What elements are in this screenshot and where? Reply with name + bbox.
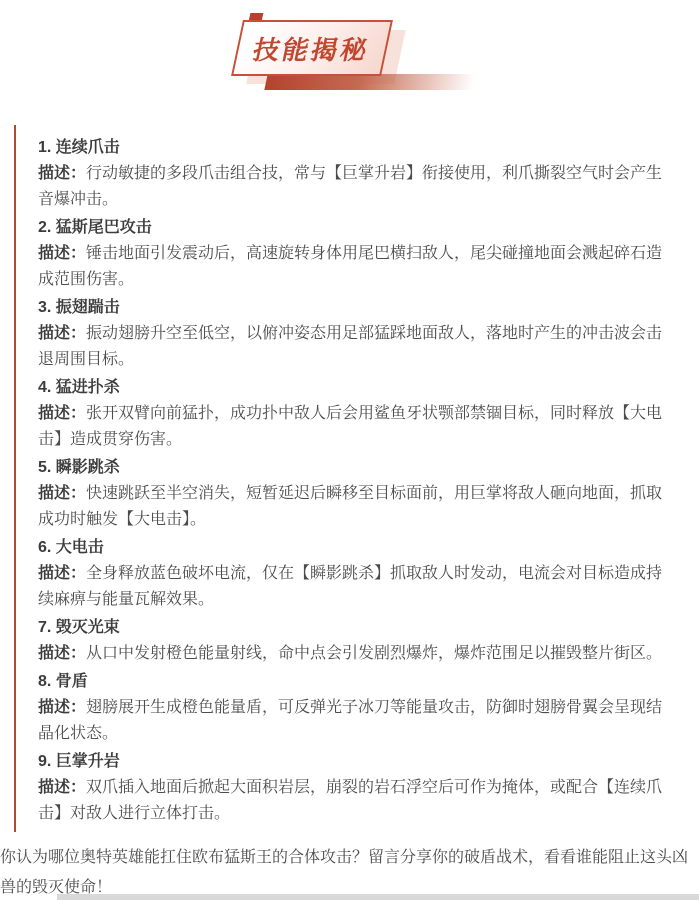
skills-section: 1. 连续爪击描述：行动敏捷的多段爪击组合技，常与【巨掌升岩】衔接使用，利爪撕裂… <box>14 125 685 832</box>
skill-desc-label: 描述： <box>38 699 86 716</box>
skill-item: 6. 大电击描述：全身释放蓝色破坏电流，仅在【瞬影跳杀】抓取敌人时发动，电流会对… <box>38 535 675 613</box>
skill-item: 7. 毁灭光束描述：从口中发射橙色能量射线，命中点会引发剧烈爆炸，爆炸范围足以摧… <box>38 615 675 667</box>
skill-item: 5. 瞬影跳杀描述：快速跳跃至半空消失，短暂延迟后瞬移至目标面前，用巨掌将敌人砸… <box>38 455 675 533</box>
skill-name: 1. 连续爪击 <box>38 135 675 161</box>
skill-desc-label: 描述： <box>38 325 86 342</box>
skill-name: 9. 巨掌升岩 <box>38 749 675 775</box>
skill-description: 描述：振动翅膀升空至低空，以俯冲姿态用足部猛踩地面敌人，落地时产生的冲击波会击退… <box>38 321 675 373</box>
skill-name: 3. 振翅踹击 <box>38 295 675 321</box>
banner-title: 技能揭秘 <box>250 30 374 67</box>
section-banner: 技能揭秘 <box>231 20 393 76</box>
skill-desc-label: 描述： <box>38 485 86 502</box>
skill-description: 描述：从口中发射橙色能量射线，命中点会引发剧烈爆炸，爆炸范围足以摧毁整片街区。 <box>38 641 675 667</box>
skill-name: 5. 瞬影跳杀 <box>38 455 675 481</box>
skill-description: 描述：锤击地面引发震动后，高速旋转身体用尾巴横扫敌人，尾尖碰撞地面会溅起碎石造成… <box>38 241 675 293</box>
skill-name: 7. 毁灭光束 <box>38 615 675 641</box>
skill-item: 1. 连续爪击描述：行动敏捷的多段爪击组合技，常与【巨掌升岩】衔接使用，利爪撕裂… <box>38 135 675 213</box>
skill-desc-text: 全身释放蓝色破坏电流，仅在【瞬影跳杀】抓取敌人时发动，电流会对目标造成持续麻痹与… <box>38 565 662 608</box>
footer-question: 你认为哪位奥特英雄能扛住欧布猛斯王的合体攻击？留言分享你的破盾战术，看看谁能阻止… <box>0 843 692 900</box>
skill-name: 8. 骨盾 <box>38 669 675 695</box>
skill-name: 4. 猛进扑杀 <box>38 375 675 401</box>
skill-description: 描述：翅膀展开生成橙色能量盾，可反弹光子冰刀等能量攻击，防御时翅膀骨翼会呈现结晶… <box>38 695 675 747</box>
skill-name: 2. 猛斯尾巴攻击 <box>38 215 675 241</box>
skill-desc-text: 翅膀展开生成橙色能量盾，可反弹光子冰刀等能量攻击，防御时翅膀骨翼会呈现结晶化状态… <box>38 699 662 742</box>
skill-desc-label: 描述： <box>38 165 86 182</box>
skill-description: 描述：快速跳跃至半空消失，短暂延迟后瞬移至目标面前，用巨掌将敌人砸向地面，抓取成… <box>38 481 675 533</box>
skill-desc-text: 从口中发射橙色能量射线，命中点会引发剧烈爆炸，爆炸范围足以摧毁整片街区。 <box>86 645 662 662</box>
bottom-divider <box>57 894 699 900</box>
skill-desc-text: 锤击地面引发震动后，高速旋转身体用尾巴横扫敌人，尾尖碰撞地面会溅起碎石造成范围伤… <box>38 245 662 288</box>
skill-item: 4. 猛进扑杀描述：张开双臂向前猛扑，成功扑中敌人后会用鲨鱼牙状颚部禁锢目标，同… <box>38 375 675 453</box>
skill-desc-label: 描述： <box>38 779 86 796</box>
skill-desc-text: 张开双臂向前猛扑，成功扑中敌人后会用鲨鱼牙状颚部禁锢目标，同时释放【大电击】造成… <box>38 405 662 448</box>
skill-desc-text: 振动翅膀升空至低空，以俯冲姿态用足部猛踩地面敌人，落地时产生的冲击波会击退周围目… <box>38 325 662 368</box>
banner-area: 技能揭秘 <box>0 0 699 112</box>
skill-desc-label: 描述： <box>38 565 86 582</box>
skill-desc-text: 双爪插入地面后掀起大面积岩层，崩裂的岩石浮空后可作为掩体，或配合【连续爪击】对敌… <box>38 779 662 822</box>
skill-description: 描述：张开双臂向前猛扑，成功扑中敌人后会用鲨鱼牙状颚部禁锢目标，同时释放【大电击… <box>38 401 675 453</box>
skill-desc-label: 描述： <box>38 245 86 262</box>
skill-description: 描述：行动敏捷的多段爪击组合技，常与【巨掌升岩】衔接使用，利爪撕裂空气时会产生音… <box>38 161 675 213</box>
skill-description: 描述：全身释放蓝色破坏电流，仅在【瞬影跳杀】抓取敌人时发动，电流会对目标造成持续… <box>38 561 675 613</box>
skill-name: 6. 大电击 <box>38 535 675 561</box>
skill-item: 8. 骨盾描述：翅膀展开生成橙色能量盾，可反弹光子冰刀等能量攻击，防御时翅膀骨翼… <box>38 669 675 747</box>
skill-desc-label: 描述： <box>38 645 86 662</box>
skill-desc-text: 行动敏捷的多段爪击组合技，常与【巨掌升岩】衔接使用，利爪撕裂空气时会产生音爆冲击… <box>38 165 662 208</box>
skill-desc-label: 描述： <box>38 405 86 422</box>
skill-item: 9. 巨掌升岩描述：双爪插入地面后掀起大面积岩层，崩裂的岩石浮空后可作为掩体，或… <box>38 749 675 827</box>
skill-desc-text: 快速跳跃至半空消失，短暂延迟后瞬移至目标面前，用巨掌将敌人砸向地面，抓取成功时触… <box>38 485 662 528</box>
banner-ribbon <box>264 74 475 90</box>
skill-description: 描述：双爪插入地面后掀起大面积岩层，崩裂的岩石浮空后可作为掩体，或配合【连续爪击… <box>38 775 675 827</box>
skill-item: 2. 猛斯尾巴攻击描述：锤击地面引发震动后，高速旋转身体用尾巴横扫敌人，尾尖碰撞… <box>38 215 675 293</box>
skill-item: 3. 振翅踹击描述：振动翅膀升空至低空，以俯冲姿态用足部猛踩地面敌人，落地时产生… <box>38 295 675 373</box>
